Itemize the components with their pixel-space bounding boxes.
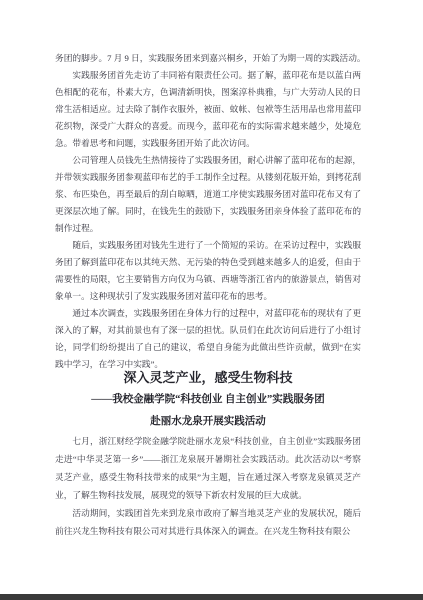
paragraph: 随后，实践服务团对钱先生进行了一个简短的采访。在采访过程中，实践服务团了解到蓝印… — [55, 237, 361, 305]
document-text-column: 务团的脚步。7 月 9 日，实践服务团来到嘉兴桐乡，开始了为期一周的实践活动。 … — [55, 50, 361, 541]
paragraph: 通过本次调查，实践服务团在身体力行的过程中，对蓝印花布的现状有了更深入的了解，对… — [55, 305, 361, 373]
article-subtitle-line1: ——我校金融学院“科技创业 自主创业”实践服务团 — [55, 389, 361, 411]
article-subtitle-line2: 赴丽水龙泉开展实践活动 — [55, 411, 361, 433]
page-bottom-edge — [0, 594, 423, 600]
paragraph: 七月，浙江财经学院金融学院赴丽水龙泉“科技创业，自主创业”实践服务团走进“中华灵… — [55, 433, 361, 505]
document-page: 务团的脚步。7 月 9 日，实践服务团来到嘉兴桐乡，开始了为期一周的实践活动。 … — [0, 0, 423, 600]
paragraph: 公司管理人员钱先生热情接待了实践服务团，耐心讲解了蓝印花布的起源，并带领实践服务… — [55, 152, 361, 237]
paragraph: 实践服务团首先走访了丰同裕有限责任公司。据了解，蓝印花布是以蓝白两色相配的花布，… — [55, 67, 361, 152]
paragraph-continuation: 务团的脚步。7 月 9 日，实践服务团来到嘉兴桐乡，开始了为期一周的实践活动。 — [55, 50, 361, 67]
paragraph: 活动期间，实践团首先来到龙泉市政府了解当地灵芝产业的发展状况，随后前往兴龙生物科… — [55, 505, 361, 541]
